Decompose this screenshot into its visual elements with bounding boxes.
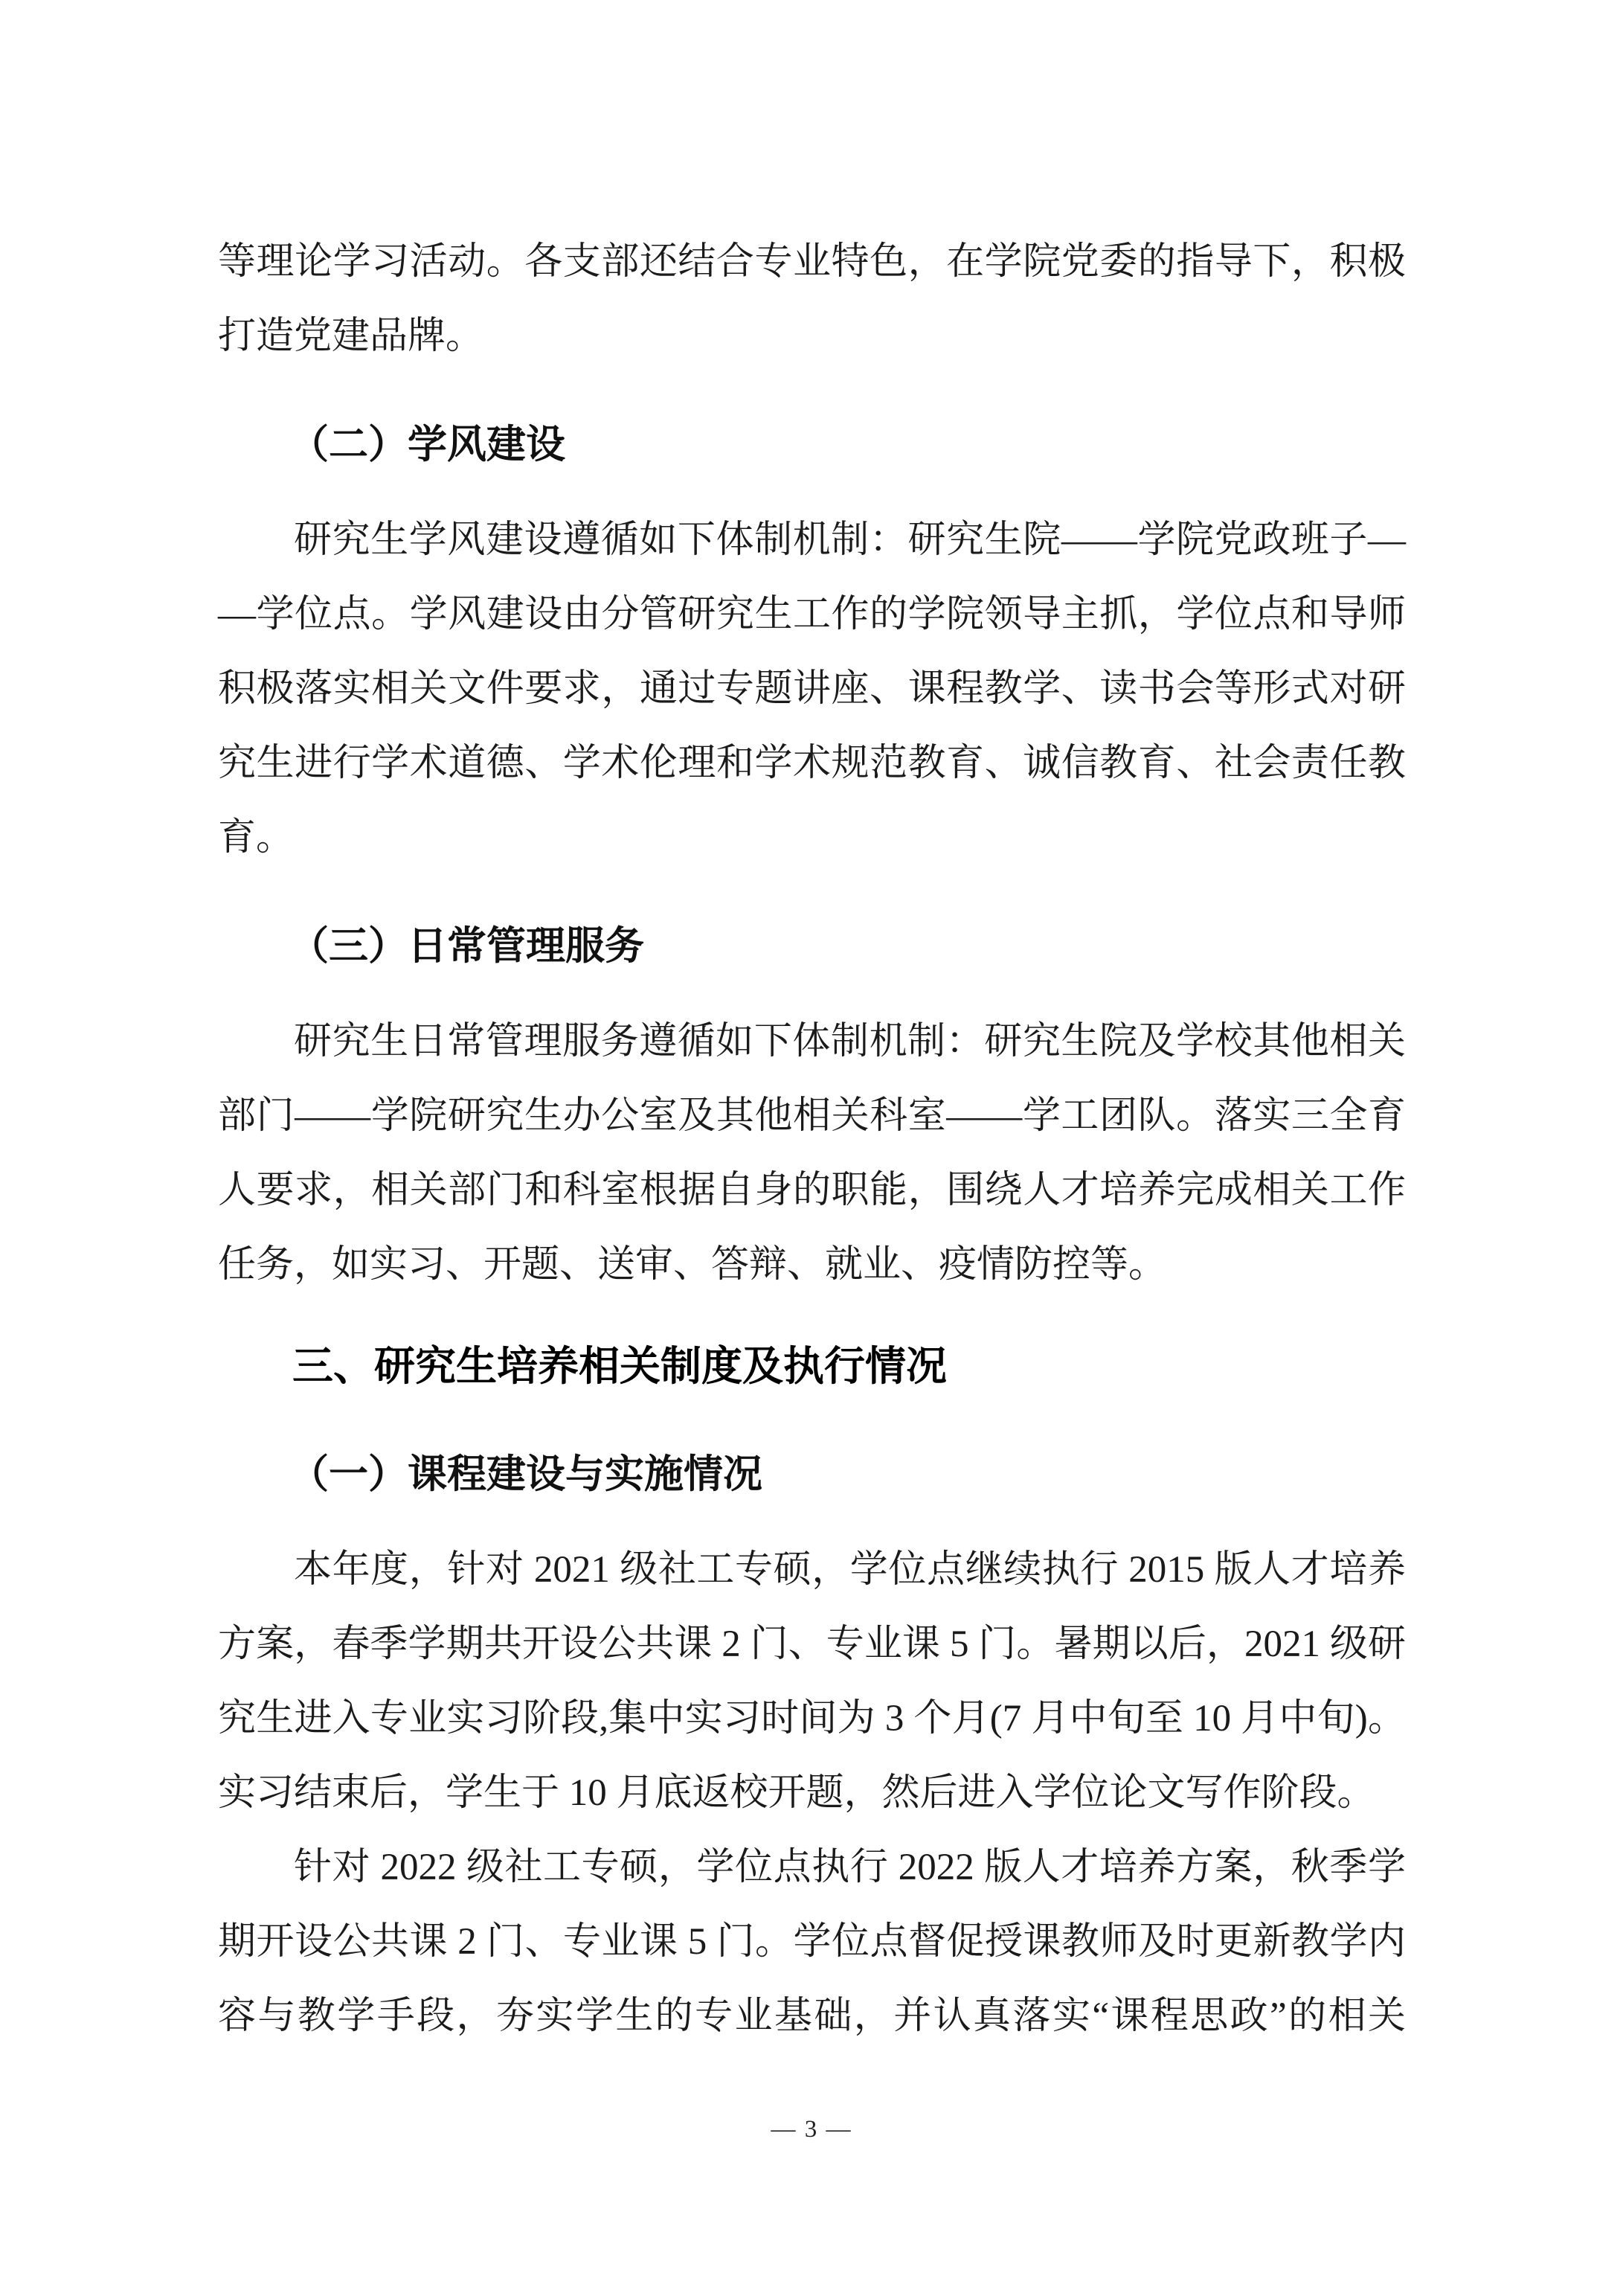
text-line: 育。 <box>218 801 1406 875</box>
text-line: 究生进行学术道德、学术伦理和学术规范教育、诚信教育、社会责任教 <box>218 726 1406 801</box>
text-line: 人要求，相关部门和科室根据自身的职能，围绕人才培养完成相关工作 <box>218 1153 1406 1228</box>
section-heading: 三、研究生培养相关制度及执行情况 <box>292 1329 1406 1403</box>
paragraph: 针对 2022 级社工专硕，学位点执行 2022 版人才培养方案，秋季学期开设公… <box>218 1830 1406 2053</box>
subsection-heading: （一）课程建设与实施情况 <box>289 1437 1406 1512</box>
text-line: 实习结束后，学生于 10 月底返校开题，然后进入学位论文写作阶段。 <box>218 1756 1406 1830</box>
paragraph: 研究生日常管理服务遵循如下体制机制：研究生院及学校其他相关部门——学院研究生办公… <box>218 1004 1406 1302</box>
text-line: 打造党建品牌。 <box>218 299 1406 373</box>
text-line: 究生进入专业实习阶段,集中实习时间为 3 个月(7 月中旬至 10 月中旬)。 <box>218 1681 1406 1756</box>
text-line: 积极落实相关文件要求，通过专题讲座、课程教学、读书会等形式对研 <box>218 652 1406 726</box>
text-line: 研究生学风建设遵循如下体制机制：研究生院——学院党政班子— <box>218 503 1406 577</box>
text-line: 容与教学手段，夯实学生的专业基础，并认真落实“课程思政”的相关 <box>218 1979 1406 2053</box>
text-line: 本年度，针对 2021 级社工专硕，学位点继续执行 2015 版人才培养 <box>218 1533 1406 1607</box>
subsection-heading: （二）学风建设 <box>289 408 1406 482</box>
text-line: 等理论学习活动。各支部还结合专业特色，在学院党委的指导下，积极 <box>218 225 1406 299</box>
text-line: 方案，春季学期共开设公共课 2 门、专业课 5 门。暑期以后，2021 级研 <box>218 1607 1406 1681</box>
paragraph: 等理论学习活动。各支部还结合专业特色，在学院党委的指导下，积极打造党建品牌。 <box>218 225 1406 373</box>
text-line: —学位点。学风建设由分管研究生工作的学院领导主抓，学位点和导师 <box>218 577 1406 652</box>
text-line: 任务，如实习、开题、送审、答辩、就业、疫情防控等。 <box>218 1228 1406 1302</box>
paragraph: 本年度，针对 2021 级社工专硕，学位点继续执行 2015 版人才培养方案，春… <box>218 1533 1406 1830</box>
document-page: 等理论学习活动。各支部还结合专业特色，在学院党委的指导下，积极打造党建品牌。（二… <box>0 0 1623 2296</box>
paragraph: 研究生学风建设遵循如下体制机制：研究生院——学院党政班子——学位点。学风建设由分… <box>218 503 1406 875</box>
document-content: 等理论学习活动。各支部还结合专业特色，在学院党委的指导下，积极打造党建品牌。（二… <box>218 0 1406 2053</box>
text-line: 针对 2022 级社工专硕，学位点执行 2022 版人才培养方案，秋季学 <box>218 1830 1406 1905</box>
subsection-heading: （三）日常管理服务 <box>289 909 1406 984</box>
page-number: — 3 — <box>0 2111 1623 2147</box>
text-line: 研究生日常管理服务遵循如下体制机制：研究生院及学校其他相关 <box>218 1004 1406 1079</box>
text-line: 部门——学院研究生办公室及其他相关科室——学工团队。落实三全育 <box>218 1079 1406 1153</box>
text-line: 期开设公共课 2 门、专业课 5 门。学位点督促授课教师及时更新教学内 <box>218 1905 1406 1979</box>
